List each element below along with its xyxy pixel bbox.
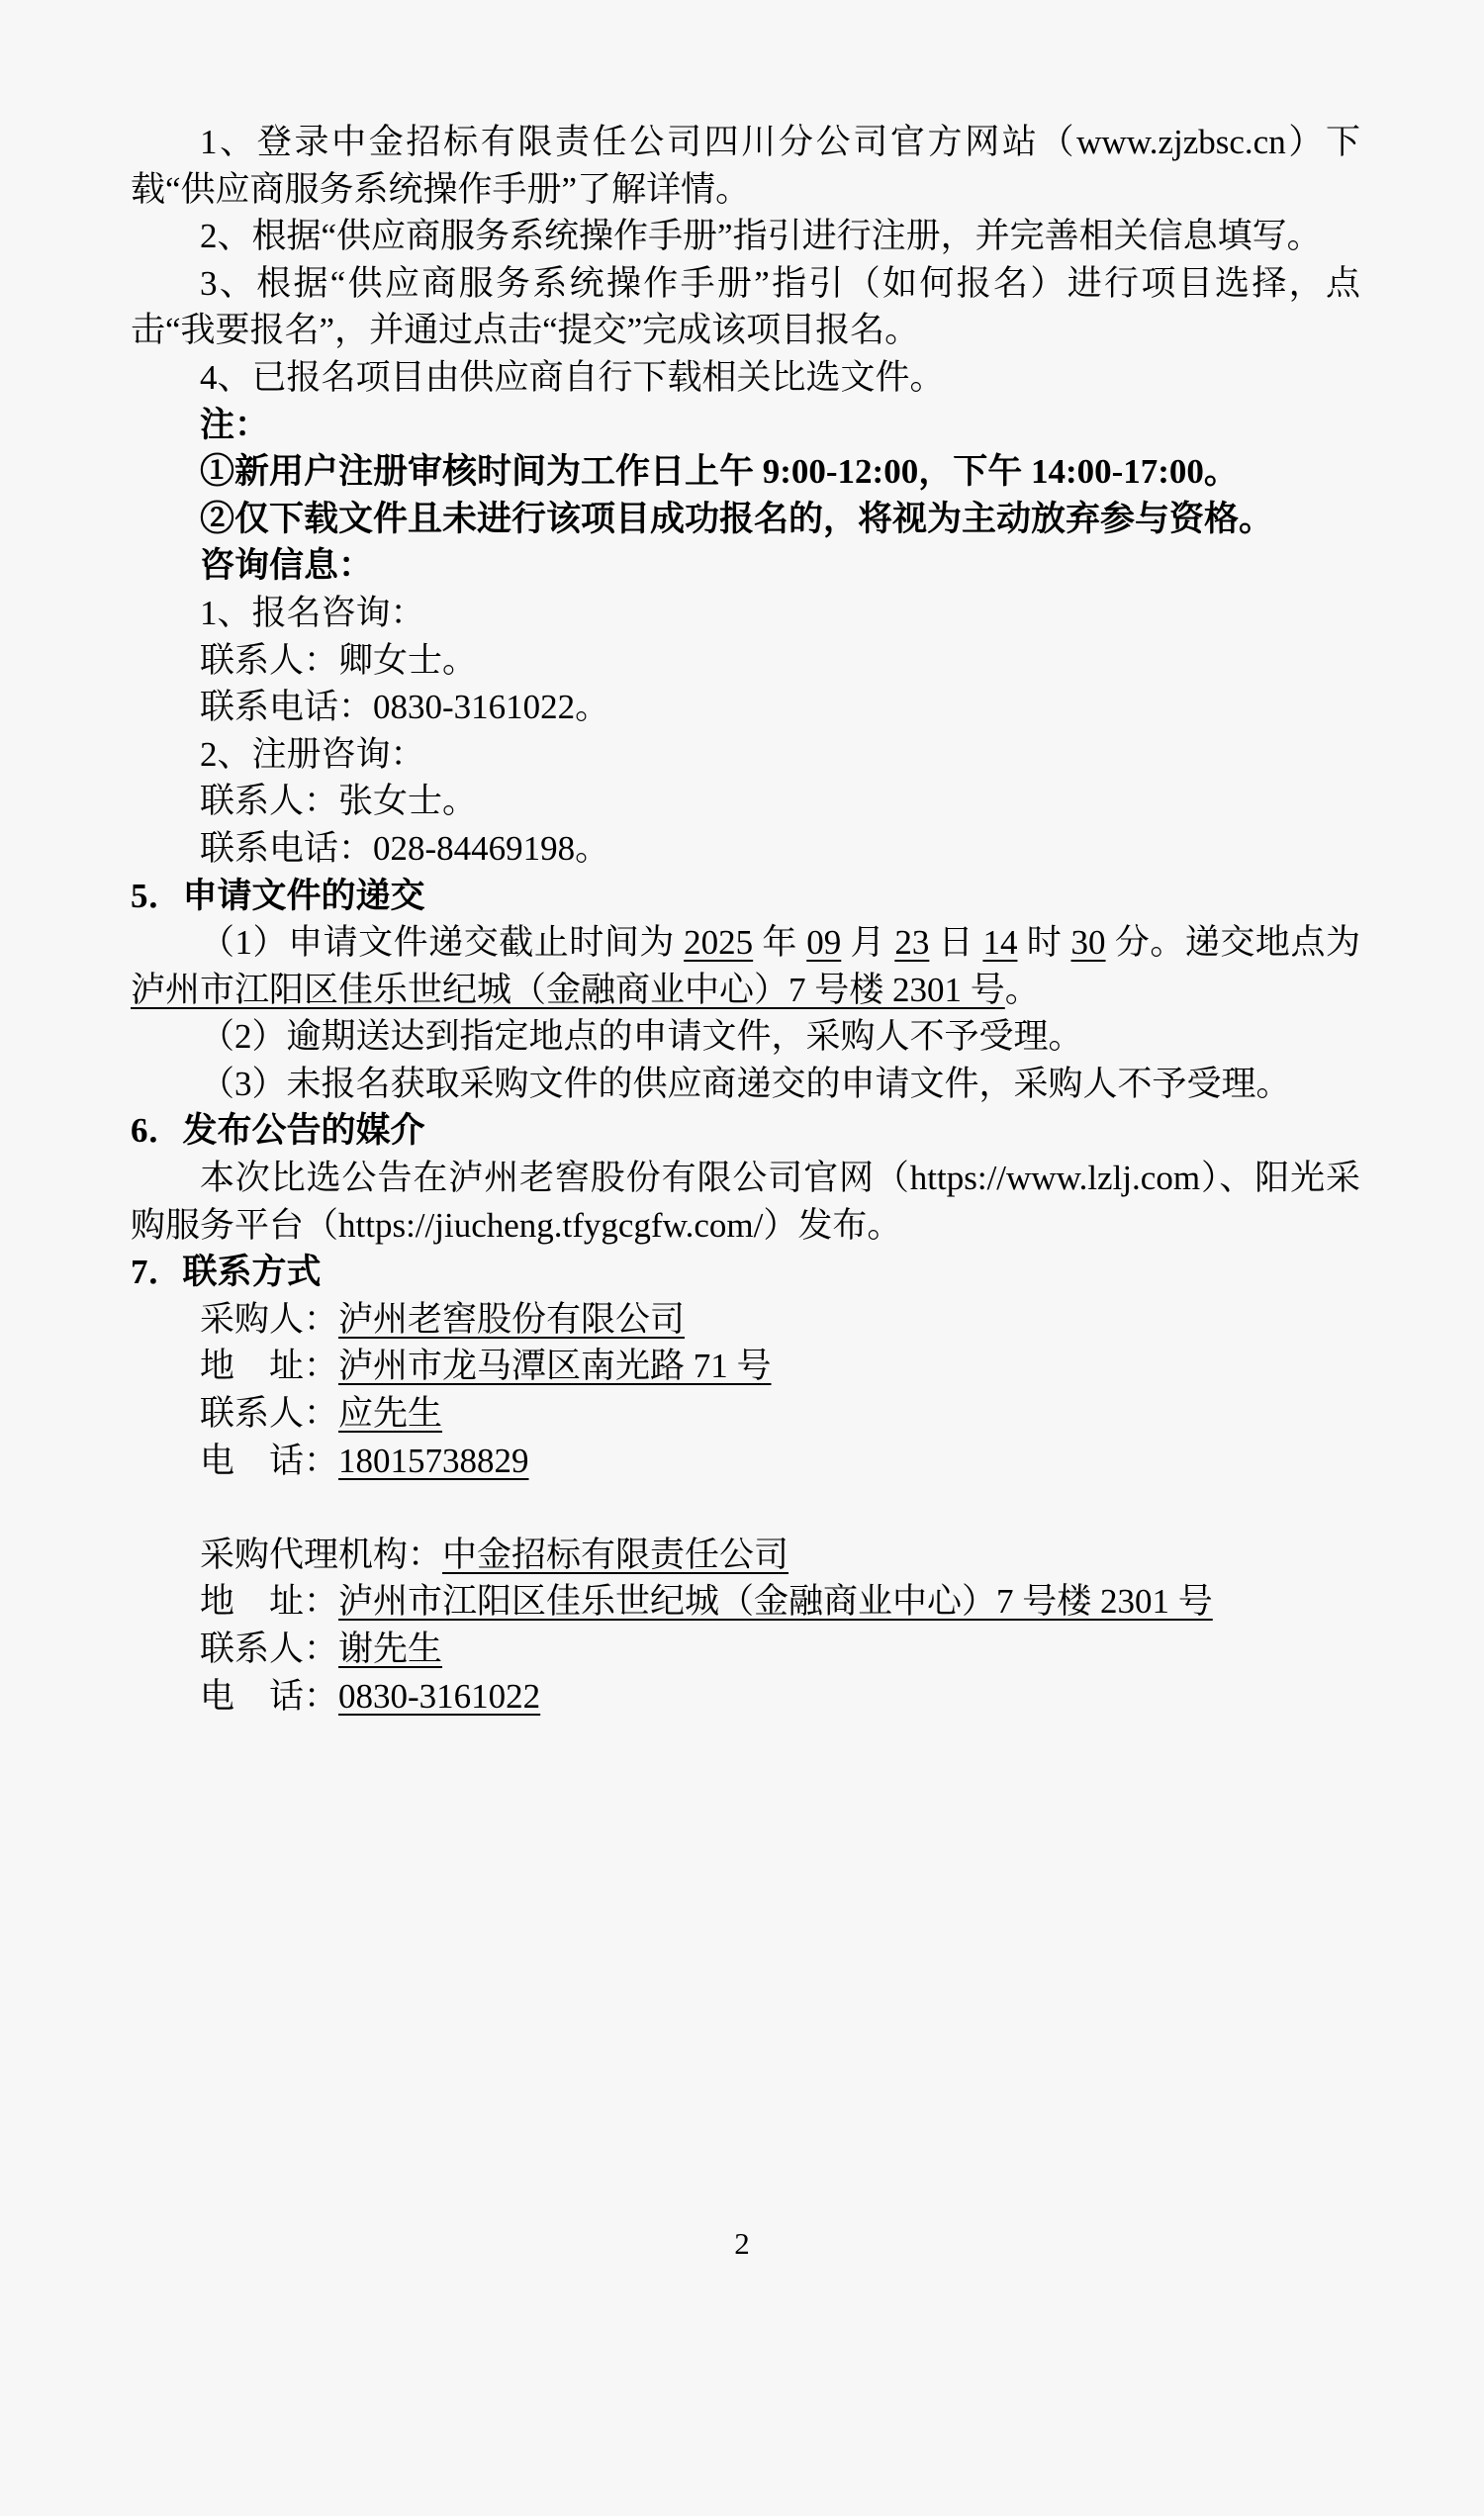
document-body: 1、登录中金招标有限责任公司四川分公司官方网站（www.zjzbsc.cn）下载… xyxy=(131,119,1360,1720)
purchaser-address-label: 地 址： xyxy=(200,1347,338,1385)
deadline-lead-text: （1）申请文件递交截止时间为 xyxy=(200,923,684,962)
deadline-day: 23 xyxy=(894,923,929,962)
purchaser-phone: 18015738829 xyxy=(338,1442,529,1480)
page-number: 2 xyxy=(0,2226,1484,2262)
agency-name: 中金招标有限责任公司 xyxy=(442,1536,788,1574)
purchaser-phone-label: 电 话： xyxy=(200,1442,338,1480)
purchaser-address: 泸州市龙马潭区南光路 71 号 xyxy=(338,1347,772,1385)
agency-address-label: 地 址： xyxy=(200,1582,338,1621)
consult-signup-phone: 联系电话：0830-3161022。 xyxy=(131,684,1360,731)
deadline-sep-day: 日 xyxy=(929,923,982,962)
sec5-paragraph-3: （3）未报名获取采购文件的供应商递交的申请文件，采购人不予受理。 xyxy=(131,1061,1360,1108)
note-item-2: ②仅下载文件且未进行该项目成功报名的，将视为主动放弃参与资格。 xyxy=(131,496,1360,543)
deadline-sep-hour: 时 xyxy=(1017,923,1070,962)
deadline-tail: 。 xyxy=(1005,971,1040,1009)
consult-register-phone: 联系电话：028-84469198。 xyxy=(131,825,1360,873)
purchaser-phone-row: 电 话：18015738829 xyxy=(131,1438,1360,1485)
paragraph-step-2: 2、根据“供应商服务系统操作手册”指引进行注册，并完善相关信息填写。 xyxy=(131,213,1360,260)
section-6-heading: 6．发布公告的媒介 xyxy=(131,1107,1360,1155)
paragraph-step-4: 4、已报名项目由供应商自行下载相关比选文件。 xyxy=(131,354,1360,402)
deadline-sep-minute: 分。递交地点为 xyxy=(1106,923,1360,962)
consult-register-title: 2、注册咨询： xyxy=(131,731,1360,779)
agency-phone-label: 电 话： xyxy=(200,1677,338,1716)
deadline-minute: 30 xyxy=(1071,923,1106,962)
agency-contact-row: 联系人：谢先生 xyxy=(131,1626,1360,1673)
purchaser-address-row: 地 址：泸州市龙马潭区南光路 71 号 xyxy=(131,1343,1360,1390)
section-5-heading: 5．申请文件的递交 xyxy=(131,873,1360,920)
blank-line xyxy=(131,1484,1360,1532)
note-label: 注： xyxy=(131,402,1360,449)
deadline-year: 2025 xyxy=(684,923,753,962)
deadline-month: 09 xyxy=(806,923,841,962)
deadline-paragraph: （1）申请文件递交截止时间为 2025 年 09 月 23 日 14 时 30 … xyxy=(131,919,1360,1013)
deadline-sep-year: 年 xyxy=(753,923,806,962)
agency-contact-label: 联系人： xyxy=(200,1630,338,1668)
purchaser-contact-row: 联系人：应先生 xyxy=(131,1390,1360,1438)
agency-contact: 谢先生 xyxy=(338,1630,442,1668)
purchaser-name: 泸州老窖股份有限公司 xyxy=(338,1300,685,1339)
consult-register-contact: 联系人：张女士。 xyxy=(131,778,1360,825)
section-7-heading: 7．联系方式 xyxy=(131,1249,1360,1296)
purchaser-name-row: 采购人：泸州老窖股份有限公司 xyxy=(131,1296,1360,1344)
consult-signup-title: 1、报名咨询： xyxy=(131,590,1360,637)
announcement-media-paragraph: 本次比选公告在泸州老窖股份有限公司官网（https://www.lzlj.com… xyxy=(131,1155,1360,1249)
agency-phone: 0830-3161022 xyxy=(338,1677,540,1716)
paragraph-step-3: 3、根据“供应商服务系统操作手册”指引（如何报名）进行项目选择，点击“我要报名”… xyxy=(131,260,1360,354)
purchaser-contact: 应先生 xyxy=(338,1394,442,1433)
agency-label: 采购代理机构： xyxy=(200,1536,442,1574)
agency-phone-row: 电 话：0830-3161022 xyxy=(131,1673,1360,1721)
deadline-hour: 14 xyxy=(982,923,1017,962)
sec5-paragraph-2: （2）逾期送达到指定地点的申请文件，采购人不予受理。 xyxy=(131,1013,1360,1061)
document-page: 1、登录中金招标有限责任公司四川分公司官方网站（www.zjzbsc.cn）下载… xyxy=(0,0,1484,2516)
agency-name-row: 采购代理机构：中金招标有限责任公司 xyxy=(131,1532,1360,1579)
consult-signup-contact: 联系人：卿女士。 xyxy=(131,637,1360,685)
agency-address: 泸州市江阳区佳乐世纪城（金融商业中心）7 号楼 2301 号 xyxy=(338,1582,1213,1621)
purchaser-contact-label: 联系人： xyxy=(200,1394,338,1433)
paragraph-step-1: 1、登录中金招标有限责任公司四川分公司官方网站（www.zjzbsc.cn）下载… xyxy=(131,119,1360,213)
agency-address-row: 地 址：泸州市江阳区佳乐世纪城（金融商业中心）7 号楼 2301 号 xyxy=(131,1578,1360,1626)
submission-address: 泸州市江阳区佳乐世纪城（金融商业中心）7 号楼 2301 号 xyxy=(131,971,1005,1009)
deadline-sep-month: 月 xyxy=(841,923,894,962)
note-item-1: ①新用户注册审核时间为工作日上午 9:00-12:00，下午 14:00-17:… xyxy=(131,448,1360,496)
purchaser-label: 采购人： xyxy=(200,1300,338,1339)
consult-info-title: 咨询信息： xyxy=(131,542,1360,590)
